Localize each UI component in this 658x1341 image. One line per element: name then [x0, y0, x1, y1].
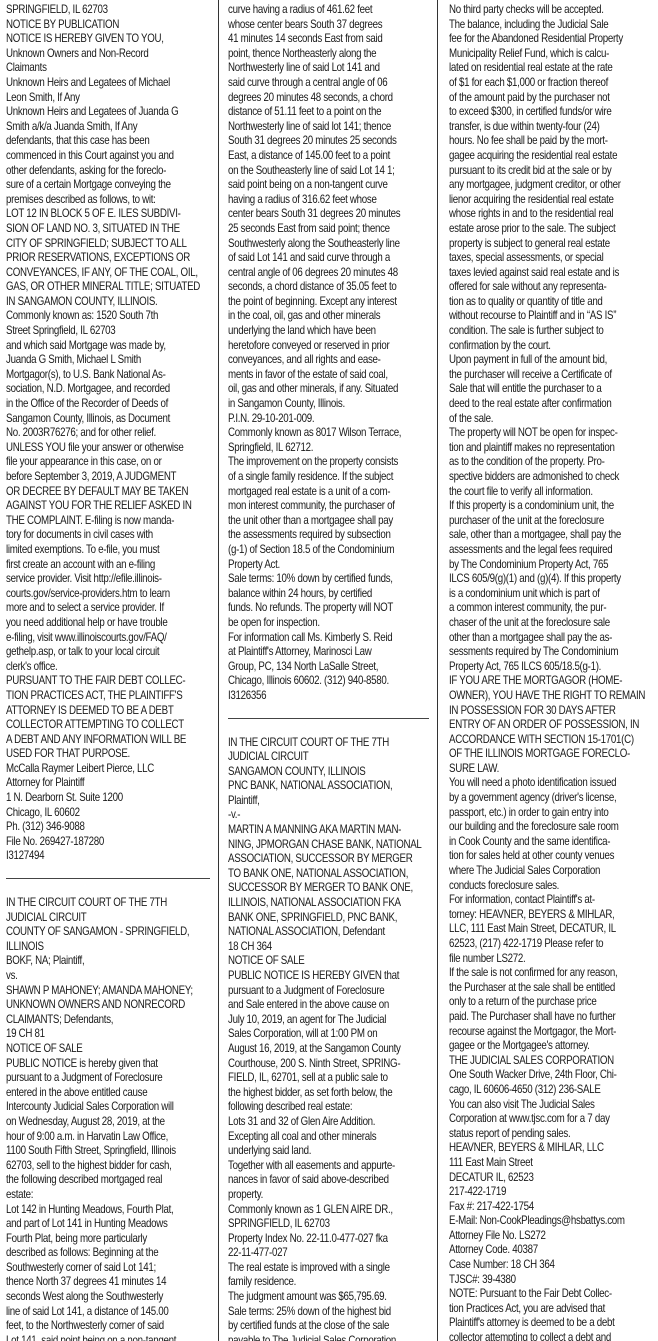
notice-text-line: SPRINGFIELD, IL 62703: [6, 3, 212, 18]
notice-text-line: file number LS272.: [449, 952, 656, 967]
notice-text-line: -v.-: [228, 808, 431, 823]
notice-text-line: CONVEYANCES, IF ANY, OF THE COAL, OIL,: [6, 266, 212, 281]
notice-text-line: recourse against the Mortgagor, the Mort…: [449, 1025, 656, 1040]
notice-text-line: Plaintiff,: [228, 794, 431, 809]
column-2: curve having a radius of 461.62 feetwhos…: [218, 0, 437, 1341]
notice-text-line: 25 seconds East from said point; thence: [228, 222, 431, 237]
notice-text-line: center bears South 31 degrees 20 minutes: [228, 207, 431, 222]
notice-text-line: SHAWN P MAHONEY; AMANDA MAHONEY;: [6, 984, 212, 999]
notice-text-line: heretofore conveyed or reserved in prior: [228, 339, 431, 354]
notice-text-line: by a government agency (driver's license…: [449, 791, 656, 806]
notice-text-line: purchaser of the unit at the foreclosure: [449, 514, 656, 529]
notice-text-line: the following described mortgaged real: [6, 1173, 212, 1188]
notice-text-line: curve having a radius of 461.62 feet: [228, 3, 431, 18]
notice-text-line: Unknown Owners and Non-Record: [6, 47, 212, 62]
notice-text-line: NOTICE OF SALE: [6, 1042, 212, 1057]
notice-text-line: nances in favor of said above-described: [228, 1173, 431, 1188]
notice-text-line: COUNTY OF SANGAMON - SPRINGFIELD,: [6, 925, 212, 940]
notice-text-line: in Sangamon County, Illinois.: [228, 397, 431, 412]
notice-text-line: the unit other than a mortgagee shall pa…: [228, 514, 431, 529]
notice-text-line: only to a return of the purchase price: [449, 995, 656, 1010]
notice-text-line: Property Index No. 22-11.0-477-027 fka: [228, 1232, 431, 1247]
notice-text-line: OR DECREE BY DEFAULT MAY BE TAKEN: [6, 485, 212, 500]
notice-text-line: the point of beginning. Except any inter…: [228, 295, 431, 310]
notice-text-line: sessments required by The Condominium: [449, 645, 656, 660]
notice-text-line: NOTICE IS HEREBY GIVEN TO YOU,: [6, 32, 212, 47]
notice-text-line: where The Judicial Sales Corporation: [449, 864, 656, 879]
notice-text-line: on Wednesday, August 28, 2019, at the: [6, 1115, 212, 1130]
notice-text-line: NOTICE OF SALE: [228, 954, 431, 969]
notice-text-line: THE COMPLAINT. E-filing is now manda-: [6, 514, 212, 529]
notice-text-line: Sangamon County, Illinois, as Document: [6, 412, 212, 427]
notice-text-line: fee for the Abandoned Residential Proper…: [449, 32, 656, 47]
notice-text-line: sociation, N.D. Mortgagee, and recorded: [6, 382, 212, 397]
notice-text-line: pursuant to its credit bid at the sale o…: [449, 164, 656, 179]
notice-text-line: Upon payment in full of the amount bid,: [449, 353, 656, 368]
notice-text-line: CITY OF SPRINGFIELD; SUBJECT TO ALL: [6, 237, 212, 252]
notice-text-line: IN THE CIRCUIT COURT OF THE 7TH: [6, 896, 212, 911]
notice-text-line: NOTE: Pursuant to the Fair Debt Collec-: [449, 1287, 656, 1302]
notice-text-line: For information call Ms. Kimberly S. Rei…: [228, 631, 431, 646]
notice-text-line: USED FOR THAT PURPOSE.: [6, 747, 212, 762]
notice-text-line: clerk's office.: [6, 660, 212, 675]
notice-text-line: underlying the land which have been: [228, 324, 431, 339]
notice-text-line: OWNER), YOU HAVE THE RIGHT TO REMAIN: [449, 689, 656, 704]
notice-text-line: Northwesterly line of said lot 141; then…: [228, 120, 431, 135]
notice-text-line: spective bidders are admonished to check: [449, 470, 656, 485]
notice-text-line: 1 N. Dearborn St. Suite 1200: [6, 791, 212, 806]
notice-text-line: defendants, that this case has been: [6, 134, 212, 149]
notice-pnc-manning: IN THE CIRCUIT COURT OF THE 7THJUDICIAL …: [228, 736, 431, 1341]
notice-text-line: Southwesterly along the Southeasterly li…: [228, 237, 431, 252]
notice-text-line: pursuant to a Judgment of Foreclosure: [6, 1071, 212, 1086]
notice-text-line: If this property is a condominium unit, …: [449, 499, 656, 514]
notice-text-line: Fax #: 217-422-1754: [449, 1200, 656, 1215]
notice-text-line: our building and the foreclosure sale ro…: [449, 820, 656, 835]
notice-text-line: Street Springfield, IL 62703: [6, 324, 212, 339]
notice-text-line: collector attempting to collect a debt a…: [449, 1331, 656, 1341]
notice-text-line: ACCORDANCE WITH SECTION 15-1701(C): [449, 733, 656, 748]
notice-text-line: You will need a photo identification iss…: [449, 776, 656, 791]
notice-text-line: balance within 24 hours, by certified: [228, 587, 431, 602]
notice-text-line: No third party checks will be accepted.: [449, 3, 656, 18]
notice-text-line: of $1 for each $1,000 or fraction thereo…: [449, 76, 656, 91]
notice-text-line: gagee acquiring the residential real est…: [449, 149, 656, 164]
notice-text-line: tion and plaintiff makes no representati…: [449, 441, 656, 456]
notice-text-line: NING, JPMORGAN CHASE BANK, NATIONAL: [228, 838, 431, 853]
notice-text-line: SPRINGFIELD, IL 62703: [228, 1217, 431, 1232]
notice-text-line: Sale terms: 10% down by certified funds,: [228, 572, 431, 587]
notice-text-line: Lot 141, said point being on a non-tange…: [6, 1334, 212, 1341]
notice-text-line: TO BANK ONE, NATIONAL ASSOCIATION,: [228, 867, 431, 882]
notice-text-line: UNKNOWN OWNERS AND NONRECORD: [6, 998, 212, 1013]
notice-text-line: GAS, OR OTHER MINERAL TITLE; SITUATED: [6, 280, 212, 295]
notice-text-line: Lot 142 in Hunting Meadows, Fourth Plat,: [6, 1203, 212, 1218]
notice-text-line: underlying said land.: [228, 1144, 431, 1159]
notice-text-line: entered in the above entitled cause: [6, 1086, 212, 1101]
notice-text-line: Ph. (312) 346-9088: [6, 820, 212, 835]
notice-text-line: by certified funds at the close of the s…: [228, 1319, 431, 1334]
notice-text-line: LOT 12 IN BLOCK 5 OF E. ILES SUBDIVI-: [6, 207, 212, 222]
notice-text-line: Leon Smith, If Any: [6, 91, 212, 106]
notice-text-line: more and to select a service provider. I…: [6, 601, 212, 616]
notice-text-line: ILLINOIS: [6, 940, 212, 955]
notice-text-line: P.I.N. 29-10-201-009.: [228, 412, 431, 427]
notice-text-line: DECATUR IL, 62523: [449, 1171, 656, 1186]
notice-text-line: in Cook County and the same identifica-: [449, 835, 656, 850]
notice-text-line: cago, IL 60606-4650 (312) 236-SALE: [449, 1083, 656, 1098]
notice-text-line: tion for sales held at other county venu…: [449, 849, 656, 864]
notice-text-line: Attorney File No. LS272: [449, 1229, 656, 1244]
notice-text-line: The balance, including the Judicial Sale: [449, 18, 656, 33]
notice-text-line: said curve through a central angle of 06: [228, 76, 431, 91]
notice-text-line: Municipality Relief Fund, which is calcu…: [449, 47, 656, 62]
notice-text-line: ASSOCIATION, SUCCESSOR BY MERGER: [228, 852, 431, 867]
notice-text-line: at Plaintiff's Attorney, Marinosci Law: [228, 645, 431, 660]
notice-text-line: said point being on a non-tangent curve: [228, 178, 431, 193]
notice-text-line: The judgment amount was $65,795.69.: [228, 1290, 431, 1305]
notice-text-line: SURE LAW.: [449, 762, 656, 777]
notice-text-line: August 16, 2019, at the Sangamon County: [228, 1042, 431, 1057]
notice-text-line: 19 CH 81: [6, 1027, 212, 1042]
notice-text-line: taxes, special assessments, or special: [449, 251, 656, 266]
notice-text-line: Intercounty Judicial Sales Corporation w…: [6, 1100, 212, 1115]
notice-text-line: THE JUDICIAL SALES CORPORATION: [449, 1054, 656, 1069]
notice-text-line: having a radius of 316.62 feet whose: [228, 193, 431, 208]
legal-notices-page: SPRINGFIELD, IL 62703NOTICE BY PUBLICATI…: [0, 0, 658, 1341]
notice-text-line: Courthouse, 200 S. Ninth Street, SPRING-: [228, 1057, 431, 1072]
notice-text-line: offered for sale without any representa-: [449, 280, 656, 295]
notice-text-line: seconds, a chord distance of 35.05 feet …: [228, 280, 431, 295]
notice-text-line: conveyances, and all rights and ease-: [228, 353, 431, 368]
notice-text-line: lated on residential real estate at the …: [449, 61, 656, 76]
notice-text-line: Smith a/k/a Juanda Smith, If Any: [6, 120, 212, 135]
notice-text-line: line of said Lot 141, a distance of 145.…: [6, 1305, 212, 1320]
notice-text-line: MARTIN A MANNING AKA MARTIN MAN-: [228, 823, 431, 838]
notice-text-line: sure of a certain Mortgage conveying the: [6, 178, 212, 193]
notice-text-line: Northwesterly line of said Lot 141 and: [228, 61, 431, 76]
notice-text-line: AGAINST YOU FOR THE RELIEF ASKED IN: [6, 499, 212, 514]
notice-text-line: For information, contact Plaintiff's at-: [449, 893, 656, 908]
notice-text-line: premises described as follows, to wit:: [6, 193, 212, 208]
notice-text-line: Excepting all coal and other minerals: [228, 1130, 431, 1145]
notice-text-line: Chicago, IL 60602: [6, 806, 212, 821]
notice-text-line: whose rights in and to the residential r…: [449, 207, 656, 222]
notice-text-line: any mortgagee, judgment creditor, or oth…: [449, 178, 656, 193]
column-3: No third party checks will be accepted.T…: [437, 0, 658, 1341]
notice-text-line: Unknown Heirs and Legatees of Juanda G: [6, 105, 212, 120]
notice-text-line: IF YOU ARE THE MORTGAGOR (HOME-: [449, 674, 656, 689]
notice-text-line: ILLINOIS, NATIONAL ASSOCIATION FKA: [228, 896, 431, 911]
notice-text-line: of the amount paid by the purchaser not: [449, 91, 656, 106]
notice-text-line: file your appearance in this case, on or: [6, 455, 212, 470]
notice-text-line: lienor acquiring the residential real es…: [449, 193, 656, 208]
notice-text-line: Together with all easements and appurte-: [228, 1159, 431, 1174]
notice-text-line: estate arose prior to the sale. The subj…: [449, 222, 656, 237]
notice-text-line: Fourth Plat, being more particularly: [6, 1232, 212, 1247]
notice-text-line: TION PRACTICES ACT, THE PLAINTIFF'S: [6, 689, 212, 704]
notice-text-line: Unknown Heirs and Legatees of Michael: [6, 76, 212, 91]
notice-text-line: whose center bears South 37 degrees: [228, 18, 431, 33]
notice-text-line: Plaintiff's attorney is deemed to be a d…: [449, 1316, 656, 1331]
notice-text-line: PUBLIC NOTICE is hereby given that: [6, 1057, 212, 1072]
notice-text-line: assessments and the legal fees required: [449, 543, 656, 558]
notice-text-line: McCalla Raymer Leibert Pierce, LLC: [6, 762, 212, 777]
notice-text-line: 41 minutes 14 seconds East from said: [228, 32, 431, 47]
notice-text-line: sale, other than a mortgagee, shall pay …: [449, 528, 656, 543]
notice-text-line: other defendants, asking for the foreclo…: [6, 164, 212, 179]
notice-text-line: the Purchaser at the sale shall be entit…: [449, 981, 656, 996]
column-1: SPRINGFIELD, IL 62703NOTICE BY PUBLICATI…: [0, 0, 218, 1341]
notice-text-line: described as follows: Beginning at the: [6, 1246, 212, 1261]
notice-text-line: in the Office of the Recorder of Deeds o…: [6, 397, 212, 412]
notice-text-line: service provider. Visit http://efile.ill…: [6, 572, 212, 587]
notice-text-line: PUBLIC NOTICE IS HEREBY GIVEN that: [228, 969, 431, 984]
notice-text-line: BANK ONE, SPRINGFIELD, PNC BANK,: [228, 911, 431, 926]
notice-text-line: family residence.: [228, 1275, 431, 1290]
notice-text-line: Commonly known as 1 GLEN AIRE DR.,: [228, 1203, 431, 1218]
notice-text-line: TJSC#: 39-4380: [449, 1273, 656, 1288]
notice-text-line: FIELD, IL, 62701, sell at a public sale …: [228, 1071, 431, 1086]
notice-text-line: property is subject to general real esta…: [449, 237, 656, 252]
notice-text-line: and part of Lot 141 in Hunting Meadows: [6, 1217, 212, 1232]
notice-text-line: the assessments required by subsection: [228, 528, 431, 543]
notice-text-line: estate:: [6, 1188, 212, 1203]
notice-mortgage-publication: SPRINGFIELD, IL 62703NOTICE BY PUBLICATI…: [6, 3, 212, 864]
notice-text-line: One South Wacker Drive, 24th Floor, Chi-: [449, 1068, 656, 1083]
notice-text-line: IN POSSESSION FOR 30 DAYS AFTER: [449, 704, 656, 719]
notice-text-line: Commonly known as 8017 Wilson Terrace,: [228, 426, 431, 441]
notice-text-line: status report of pending sales.: [449, 1127, 656, 1142]
notice-text-line: on the Southeasterly line of said Lot 14…: [228, 164, 431, 179]
notice-text-line: courts.gov/service-providers.htm to lear…: [6, 587, 212, 602]
notice-text-line: property.: [228, 1188, 431, 1203]
notice-text-line: Sales Corporation, will at 1:00 PM on: [228, 1027, 431, 1042]
notice-text-line: to exceed $300, in certified funds/or wi…: [449, 105, 656, 120]
notice-text-line: I3126356: [228, 689, 431, 704]
notice-text-line: Attorney for Plaintiff: [6, 776, 212, 791]
notice-text-line: Property Act.: [228, 558, 431, 573]
notice-text-line: 217-422-1719: [449, 1185, 656, 1200]
notice-text-line: CLAIMANTS; Defendants,: [6, 1013, 212, 1028]
notice-text-line: (g-1) of Section 18.5 of the Condominium: [228, 543, 431, 558]
notice-text-line: PNC BANK, NATIONAL ASSOCIATION,: [228, 779, 431, 794]
notice-text-line: 62703, sell to the highest bidder for ca…: [6, 1159, 212, 1174]
notice-text-line: of a single family residence. If the sub…: [228, 470, 431, 485]
notice-pnc-manning-continued: No third party checks will be accepted.T…: [449, 3, 656, 1341]
notice-text-line: commenced in this Court against you and: [6, 149, 212, 164]
notice-text-line: IN SANGAMON COUNTY, ILLINOIS.: [6, 295, 212, 310]
notice-text-line: NOTICE BY PUBLICATION: [6, 18, 212, 33]
notice-text-line: and which said Mortgage was made by,: [6, 339, 212, 354]
notice-text-line: hour of 9:00 a.m. in Harvatin Law Office…: [6, 1130, 212, 1145]
notice-text-line: OF THE ILLINOIS MORTGAGE FORECLO-: [449, 747, 656, 762]
notice-text-line: PRIOR RESERVATIONS, EXCEPTIONS OR: [6, 251, 212, 266]
notice-text-line: by The Condominium Property Act, 765: [449, 558, 656, 573]
notice-text-line: torney: HEAVNER, BEYERS & MIHLAR,: [449, 908, 656, 923]
notice-text-line: taxes levied against said real estate an…: [449, 266, 656, 281]
notice-text-line: ments in favor of the estate of said coa…: [228, 368, 431, 383]
notice-text-line: gethelp.asp, or talk to your local circu…: [6, 645, 212, 660]
notice-text-line: be open for inspection.: [228, 616, 431, 631]
notice-text-line: 18 CH 364: [228, 940, 431, 955]
notice-text-line: If the sale is not confirmed for any rea…: [449, 966, 656, 981]
notice-text-line: before September 3, 2019, A JUDGMENT: [6, 470, 212, 485]
notice-text-line: Property Act, 765 ILCS 605/18.5(g-1).: [449, 660, 656, 675]
notice-text-line: I3127494: [6, 849, 212, 864]
notice-text-line: hours. No fee shall be paid by the mort-: [449, 134, 656, 149]
notice-text-line: 111 East Main Street: [449, 1156, 656, 1171]
notice-text-line: ILCS 605/9(g)(1) and (g)(4). If this pro…: [449, 572, 656, 587]
notice-text-line: Claimants: [6, 61, 212, 76]
notice-text-line: File No. 269427-187280: [6, 835, 212, 850]
notice-text-line: JUDICIAL CIRCUIT: [6, 911, 212, 926]
notice-text-line: JUDICIAL CIRCUIT: [228, 750, 431, 765]
notice-text-line: transfer, is due within twenty-four (24): [449, 120, 656, 135]
notice-legal-description-continued: curve having a radius of 461.62 feetwhos…: [228, 3, 431, 704]
notice-text-line: Southwesterly corner of said Lot 141;: [6, 1261, 212, 1276]
notice-text-line: tory for documents in civil cases with: [6, 528, 212, 543]
notice-text-line: 62523, (217) 422-1719 Please refer to: [449, 937, 656, 952]
notice-bokf-mahoney: IN THE CIRCUIT COURT OF THE 7THJUDICIAL …: [6, 896, 212, 1341]
notice-text-line: limited exemptions. To e-file, you must: [6, 543, 212, 558]
notice-text-line: Chicago, Illinois 60602. (312) 940-8580.: [228, 674, 431, 689]
notice-text-line: Case Number: 18 CH 364: [449, 1258, 656, 1273]
notice-text-line: No. 2003R76276; and for other relief.: [6, 426, 212, 441]
notice-text-line: Sale terms: 25% down of the highest bid: [228, 1305, 431, 1320]
notice-text-line: SION OF LAND NO. 3, SITUATED IN THE: [6, 222, 212, 237]
notice-text-line: vs.: [6, 969, 212, 984]
notice-text-line: mon interest community, the purchaser of: [228, 499, 431, 514]
notice-text-line: Lots 31 and 32 of Glen Aire Addition.: [228, 1115, 431, 1130]
notice-text-line: 1100 South Fifth Street, Springfield, Il…: [6, 1144, 212, 1159]
notice-text-line: deed to the real estate after confirmati…: [449, 397, 656, 412]
notice-text-line: LLC, 111 East Main Street, DECATUR, IL: [449, 922, 656, 937]
notice-text-line: payable to The Judicial Sales Corporatio…: [228, 1334, 431, 1341]
notice-text-line: tion Practices Act, you are advised that: [449, 1302, 656, 1317]
notice-text-line: SANGAMON COUNTY, ILLINOIS: [228, 765, 431, 780]
notice-text-line: pursuant to a Judgment of Foreclosure: [228, 984, 431, 999]
notice-text-line: East, a distance of 145.00 feet to a poi…: [228, 149, 431, 164]
notice-text-line: of said Lot 141 and said curve through a: [228, 251, 431, 266]
notice-text-line: the highest bidder, as set forth below, …: [228, 1086, 431, 1101]
notice-text-line: first create an account with an e-filing: [6, 558, 212, 573]
notice-text-line: Corporation at www.tjsc.com for a 7 day: [449, 1112, 656, 1127]
notice-text-line: Mortgagor(s), to U.S. Bank National As-: [6, 368, 212, 383]
notice-text-line: of the sale.: [449, 412, 656, 427]
notice-text-line: a common interest community, the pur-: [449, 601, 656, 616]
notice-text-line: The improvement on the property consists: [228, 455, 431, 470]
notice-text-line: PURSUANT TO THE FAIR DEBT COLLEC-: [6, 674, 212, 689]
notice-text-line: following described real estate:: [228, 1100, 431, 1115]
notice-text-line: the purchaser will receive a Certificate…: [449, 368, 656, 383]
notice-text-line: other than a mortgagee shall pay the as-: [449, 631, 656, 646]
notice-text-line: confirmation by the court.: [449, 339, 656, 354]
notice-text-line: feet, to the Northwesterly corner of sai…: [6, 1319, 212, 1334]
notice-text-line: July 10, 2019, an agent for The Judicial: [228, 1013, 431, 1028]
notice-text-line: SUCCESSOR BY MERGER TO BANK ONE,: [228, 881, 431, 896]
notice-text-line: Attorney Code. 40387: [449, 1243, 656, 1258]
notice-text-line: central angle of 06 degrees 20 minutes 4…: [228, 266, 431, 281]
notice-text-line: as to the condition of the property. Pro…: [449, 455, 656, 470]
notice-text-line: E-Mail: Non-CookPleadings@hsbattys.com: [449, 1214, 656, 1229]
notice-text-line: without recourse to Plaintiff and in “AS…: [449, 309, 656, 324]
notice-text-line: e-filing, visit www.illinoiscourts.gov/F…: [6, 631, 212, 646]
notice-text-line: funds. No refunds. The property will NOT: [228, 601, 431, 616]
notice-text-line: gagee or the Mortgagee's attorney.: [449, 1039, 656, 1054]
notice-text-line: 22-11-477-027: [228, 1246, 431, 1261]
notice-text-line: conducts foreclosure sales.: [449, 879, 656, 894]
notice-text-line: paid. The Purchaser shall have no furthe…: [449, 1010, 656, 1025]
notice-text-line: South 31 degrees 20 minutes 25 seconds: [228, 134, 431, 149]
notice-text-line: distance of 51.11 feet to a point on the: [228, 105, 431, 120]
notice-text-line: ATTORNEY IS DEEMED TO BE A DEBT: [6, 704, 212, 719]
notice-divider: [6, 878, 210, 879]
notice-text-line: You can also visit The Judicial Sales: [449, 1098, 656, 1113]
notice-text-line: Juanda G Smith, Michael L Smith: [6, 353, 212, 368]
notice-text-line: oil, gas and other minerals, if any. Sit…: [228, 382, 431, 397]
notice-text-line: point, thence Northeasterly along the: [228, 47, 431, 62]
notice-text-line: passport, etc.) in order to gain entry i…: [449, 806, 656, 821]
notice-text-line: thence North 37 degrees 41 minutes 14: [6, 1275, 212, 1290]
notice-text-line: A DEBT AND ANY INFORMATION WILL BE: [6, 733, 212, 748]
notice-text-line: ENTRY OF AN ORDER OF POSSESSION, IN: [449, 718, 656, 733]
notice-text-line: The real estate is improved with a singl…: [228, 1261, 431, 1276]
notice-divider: [228, 718, 429, 719]
notice-text-line: Group, PC, 134 North LaSalle Street,: [228, 660, 431, 675]
notice-text-line: COLLECTOR ATTEMPTING TO COLLECT: [6, 718, 212, 733]
notice-text-line: seconds West along the Southwesterly: [6, 1290, 212, 1305]
notice-text-line: NATIONAL ASSOCIATION, Defendant: [228, 925, 431, 940]
notice-text-line: chaser of the unit at the foreclosure sa…: [449, 616, 656, 631]
notice-text-line: degrees 20 minutes 48 seconds, a chord: [228, 91, 431, 106]
notice-text-line: condition. The sale is further subject t…: [449, 324, 656, 339]
notice-text-line: Sale that will entitle the purchaser to …: [449, 382, 656, 397]
notice-text-line: The property will NOT be open for inspec…: [449, 426, 656, 441]
notice-text-line: Commonly known as: 1520 South 7th: [6, 309, 212, 324]
notice-text-line: UNLESS YOU file your answer or otherwise: [6, 441, 212, 456]
notice-text-line: HEAVNER, BEYERS & MIHLAR, LLC: [449, 1141, 656, 1156]
notice-text-line: in the coal, oil, gas and other minerals: [228, 309, 431, 324]
notice-text-line: BOKF, NA; Plaintiff,: [6, 954, 212, 969]
notice-text-line: the court file to verify all information…: [449, 485, 656, 500]
notice-text-line: tion as to quality or quantity of title …: [449, 295, 656, 310]
notice-text-line: mortgaged real estate is a unit of a com…: [228, 485, 431, 500]
notice-text-line: Springfield, IL 62712.: [228, 441, 431, 456]
notice-text-line: is a condominium unit which is part of: [449, 587, 656, 602]
notice-text-line: and Sale entered in the above cause on: [228, 998, 431, 1013]
notice-text-line: IN THE CIRCUIT COURT OF THE 7TH: [228, 736, 431, 751]
notice-text-line: you need additional help or have trouble: [6, 616, 212, 631]
